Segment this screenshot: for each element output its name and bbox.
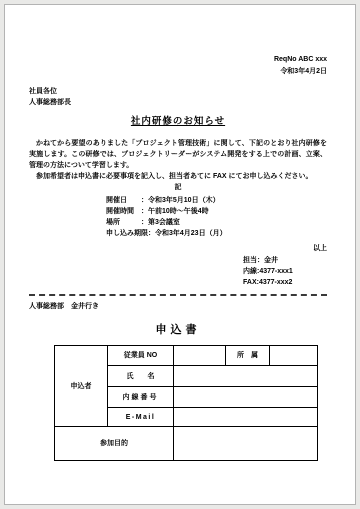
- detail-application-deadline: 申し込み期限：令和3年4月23日（月）: [106, 228, 327, 239]
- application-form-table: 申込者 従業員 NO 所 属 氏 名 内線番号 E-Mail 参加目的: [54, 345, 318, 461]
- employee-no-input-cell[interactable]: [174, 346, 226, 366]
- document-page: ReqNo ABC xxx 令和3年4月2日 社員各位 人事総務部長 社内研修の…: [4, 4, 356, 505]
- purpose-label: 参加目的: [55, 427, 174, 461]
- email-label: E-Mail: [108, 408, 174, 427]
- addressee: 社員各位: [29, 86, 327, 97]
- contact-extension: 内線:4377-xxx1: [243, 266, 327, 277]
- contact-block: 担当：金井 内線:4377-xxx1 FAX:4377-xxx2: [243, 255, 327, 288]
- notice-record-heading: 記: [29, 182, 327, 193]
- closing-ijou: 以上: [29, 243, 327, 254]
- form-recipient: 人事総務部 金井行き: [29, 301, 327, 312]
- detail-event-place: 場所 ：第3会議室: [106, 217, 327, 228]
- detail-event-time: 開催時間 ：午前10時～午後4時: [106, 206, 327, 217]
- purpose-input-cell[interactable]: [174, 427, 318, 461]
- extension-input-cell[interactable]: [174, 387, 318, 408]
- document-title: 社内研修のお知らせ: [29, 116, 327, 128]
- document-date: 令和3年4月2日: [29, 66, 327, 78]
- body-paragraph-1: かねてから要望のありました「プロジェクト管理技術」に関して、下記のとおり社内研修…: [29, 138, 327, 171]
- contact-person: 担当：金井: [243, 255, 327, 266]
- detail-event-date: 開催日 ：令和3年5月10日（木）: [106, 195, 327, 206]
- extension-label: 内線番号: [108, 387, 174, 408]
- name-label: 氏 名: [108, 366, 174, 387]
- email-input-cell[interactable]: [174, 408, 318, 427]
- event-details: 開催日 ：令和3年5月10日（木） 開催時間 ：午前10時～午後4時 場所 ：第…: [106, 195, 327, 239]
- contact-fax: FAX:4377-xxx2: [243, 277, 327, 288]
- cut-dashed-line: [29, 294, 327, 296]
- department-input-cell[interactable]: [270, 346, 318, 366]
- department-label: 所 属: [226, 346, 270, 366]
- name-input-cell[interactable]: [174, 366, 318, 387]
- document-number: ReqNo ABC xxx: [29, 54, 327, 66]
- applicant-group-label: 申込者: [55, 346, 108, 427]
- application-form-title: 申込書: [29, 324, 327, 337]
- sender: 人事総務部長: [29, 97, 327, 108]
- body-paragraph-2: 参加希望者は申込書に必要事項を記入し、担当者あてに FAX にてお申し込みくださ…: [29, 171, 327, 182]
- employee-no-label: 従業員 NO: [108, 346, 174, 366]
